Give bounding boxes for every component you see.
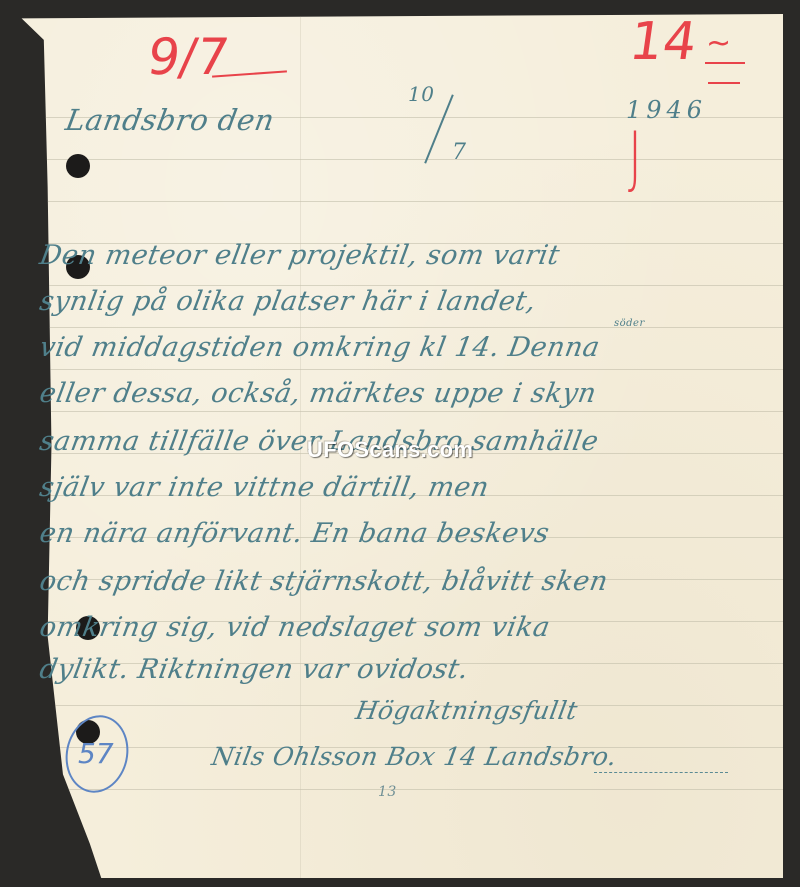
ruled-line [17,159,783,160]
red-superscript-annotation: ~ [706,26,731,61]
ruled-line [17,201,783,202]
red-number-annotation: 14 [626,12,701,72]
interlinear-insertion: söder [614,318,645,329]
ruled-line [17,411,783,412]
ruled-line [17,789,783,790]
red-underline [708,82,740,84]
letter-body-line: vid middagstiden omkring kl 14. Denna [37,332,602,363]
ruled-line [17,369,783,370]
letter-body-line: Den meteor eller projektil, som varit [37,240,562,271]
watermark: UFOScans.com [307,437,473,463]
date-year: 1946 [626,96,707,124]
red-hook-annotation: J [628,118,642,197]
scan-frame: 9/7 14 ~ J Landsbro den 10 7 1946 Den me… [0,0,800,887]
letter-body-line: dylikt. Riktningen var ovidost. [37,654,471,685]
red-underline [705,62,745,64]
blue-circled-number: 57 [78,737,114,770]
signature: Nils Ohlsson Box 14 Landsbro. [209,742,619,771]
page-mark: 13 [378,784,397,800]
signature-underline [594,772,728,774]
letter-body-line: omkring sig, vid nedslaget som vika [37,612,552,643]
letter-body-line: eller dessa, också, märktes uppe i skyn [37,378,599,409]
date-month: 7 [452,140,467,165]
red-fraction-annotation: 9/7 [144,28,233,86]
date-day: 10 [408,82,434,106]
letter-body-line: synlig på olika platser här i landet, [37,286,538,317]
letter-body-line: själv var inte vittne därtill, men [37,472,491,503]
punch-hole [66,154,90,178]
ruled-line [17,327,783,328]
closing-salutation: Högaktningsfullt [353,696,580,725]
place-and-date-label: Landsbro den [63,103,277,137]
letter-body-line: en nära anförvant. En bana beskevs [37,518,552,549]
letter-body-line: och spridde likt stjärnskott, blåvitt sk… [37,566,610,597]
